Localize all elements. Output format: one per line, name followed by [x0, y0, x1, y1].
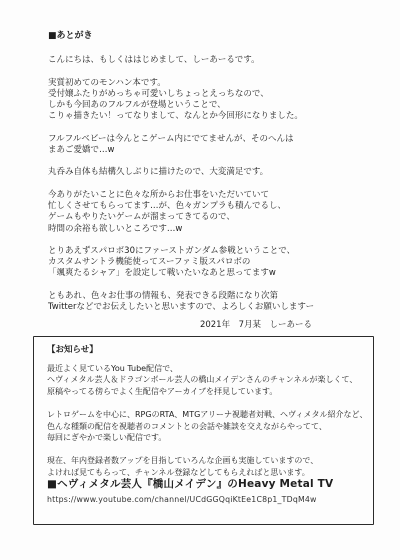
- text-line: ともあれ、色々お仕事の情報も、発表できる段階になり次第: [48, 291, 374, 302]
- paragraph: 現在、年内登録者数アップを目指していろんな企画も実施していますので、よければ見て…: [47, 455, 360, 478]
- paragraph: 最近よく見ているYou Tube配信で、ヘヴィメタル芸人＆ドラゴンボール芸人の橋…: [47, 363, 360, 398]
- text-line: ゲームもやりたいゲームが溜まってきてるので、: [48, 212, 374, 223]
- text-line: 時間の余裕も欲しいところです…w: [48, 224, 374, 235]
- text-line: 今ありがたいことに色々な所からお仕事をいただいていて: [48, 190, 374, 201]
- afterword-page: ■あとがき こんにちは、もしくははじめまして、しーあーるです。実質初めてのモンハ…: [0, 0, 400, 560]
- text-line: とりあえずスパロボ30にファーストガンダム参戦ということで、: [48, 246, 374, 257]
- paragraph: とりあえずスパロボ30にファーストガンダム参戦ということで、カスタムサントラ機能…: [48, 246, 374, 280]
- afterword-body: こんにちは、もしくははじめまして、しーあーるです。実質初めてのモンハン本です。受…: [48, 55, 374, 313]
- youtube-channel-url: https://www.youtube.com/channel/UCdGGQqi…: [47, 494, 360, 506]
- text-line: こりゃ描きたい！ってなりまして、なんとか今回形になりました。: [48, 111, 374, 122]
- text-line: 現在、年内登録者数アップを目指していろんな企画も実施していますので、: [47, 455, 360, 467]
- afterword-title: ■あとがき: [48, 31, 374, 42]
- text-line: 最近よく見ているYou Tube配信で、: [47, 363, 360, 375]
- youtube-channel-heading: ■ヘヴィメタル芸人『橋山メイデン』のHeavy Metal TV: [47, 479, 360, 491]
- text-line: こんにちは、もしくははじめまして、しーあーるです。: [48, 55, 374, 66]
- signature-date-author: 2021年 7月某 しーあーる: [48, 320, 374, 331]
- text-line: まあご愛嬌で…w: [48, 145, 374, 156]
- text-line: よければ見てもらって、チャンネル登録などしてもらえればと思います。: [47, 467, 360, 479]
- text-line: 「颯爽たるシャア」を設定して戦いたいなあと思ってますw: [48, 268, 374, 279]
- text-line: 忙しくさせてもらってます…が、色々ガンプラも積んでるし、: [48, 201, 374, 212]
- text-line: 色んな種類の配信を視聴者のコメントとの会話や雑談を交えながらやってて、: [47, 421, 360, 433]
- notice-title: 【お知らせ】: [47, 345, 360, 357]
- paragraph: 丸呑み自体も結構久しぶりに描けたので、大変満足です。: [48, 167, 374, 178]
- text-line: Twitterなどでお伝えしたいと思いますので、よろしくお願いしますー: [48, 302, 374, 313]
- text-line: 毎回にぎやかで楽しい配信です。: [47, 432, 360, 444]
- paragraph: こんにちは、もしくははじめまして、しーあーるです。: [48, 55, 374, 66]
- notice-body: 最近よく見ているYou Tube配信で、ヘヴィメタル芸人＆ドラゴンボール芸人の橋…: [47, 363, 360, 479]
- text-line: フルフルベビーは今んとこゲーム内にでてませんが、そのへんは: [48, 134, 374, 145]
- afterword-section: ■あとがき こんにちは、もしくははじめまして、しーあーるです。実質初めてのモンハ…: [48, 31, 374, 332]
- paragraph: フルフルベビーは今んとこゲーム内にでてませんが、そのへんはまあご愛嬌で…w: [48, 134, 374, 157]
- text-line: レトロゲームを中心に、RPGのRTA、MTGアリーナ視聴者対戦、ヘヴィメタル紹介…: [47, 409, 360, 421]
- text-line: 実質初めてのモンハン本です。: [48, 78, 374, 89]
- paragraph: 実質初めてのモンハン本です。受付嬢ふたりがめっちゃ可愛いしちょっとえっちなので、…: [48, 78, 374, 123]
- text-line: 丸呑み自体も結構久しぶりに描けたので、大変満足です。: [48, 167, 374, 178]
- text-line: 受付嬢ふたりがめっちゃ可愛いしちょっとえっちなので、: [48, 89, 374, 100]
- text-line: カスタムサントラ機能使ってスーファミ版スパロボの: [48, 257, 374, 268]
- text-line: 原稿やってる傍らでよく生配信やアーカイブを拝見しています。: [47, 386, 360, 398]
- text-line: しかも今回あのフルフルが登場ということで、: [48, 100, 374, 111]
- paragraph: レトロゲームを中心に、RPGのRTA、MTGアリーナ視聴者対戦、ヘヴィメタル紹介…: [47, 409, 360, 444]
- notice-box: 【お知らせ】 最近よく見ているYou Tube配信で、ヘヴィメタル芸人＆ドラゴン…: [33, 336, 374, 525]
- text-line: ヘヴィメタル芸人＆ドラゴンボール芸人の橋山メイデンさんのチャンネルが楽しくて、: [47, 374, 360, 386]
- paragraph: 今ありがたいことに色々な所からお仕事をいただいていて忙しくさせてもらってます…が…: [48, 190, 374, 235]
- paragraph: ともあれ、色々お仕事の情報も、発表できる段階になり次第Twitterなどでお伝え…: [48, 291, 374, 314]
